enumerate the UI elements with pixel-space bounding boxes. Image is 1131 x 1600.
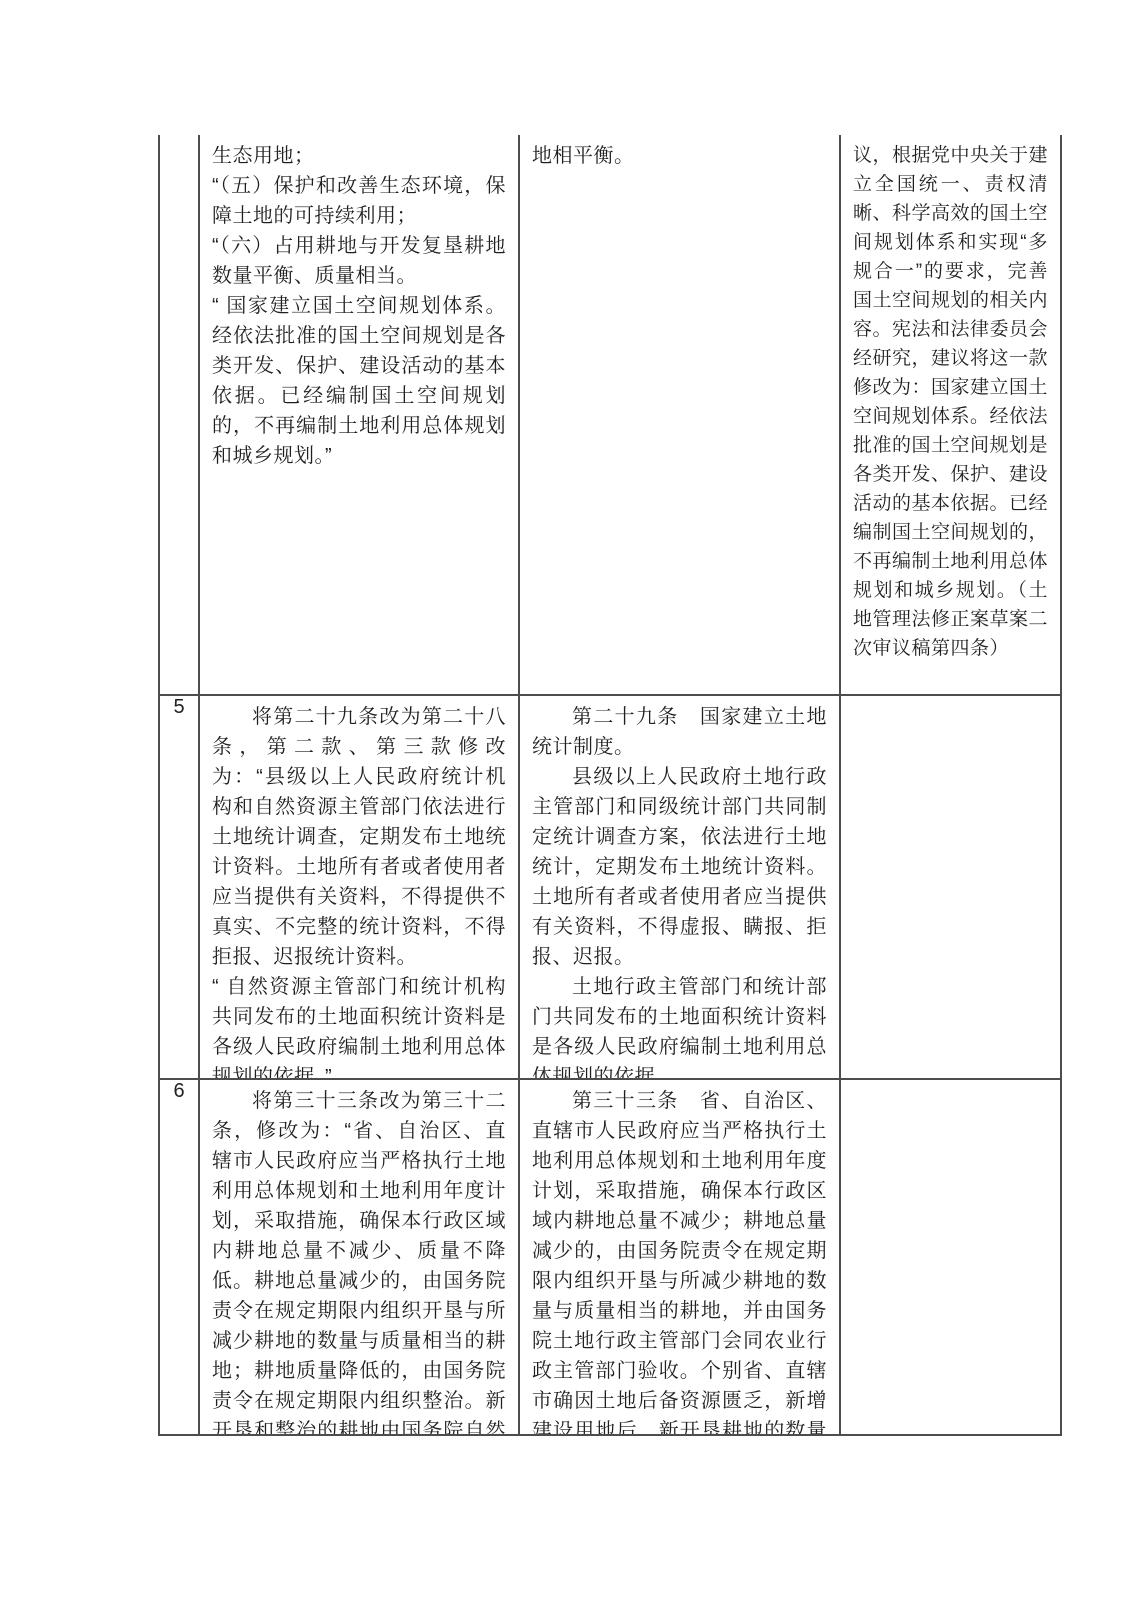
row-number-cell: 6 (159, 1079, 199, 1435)
opinion-cell (840, 695, 1061, 1079)
opinion-paragraph: 议，根据党中央关于建立全国统一、责权清晰、科学高效的国土空间规划体系和实现“多规… (853, 141, 1048, 663)
table-row-5: 5 将第二十九条改为第二十八条，第二款、第三款修改为：“县级以上人民政府统计机构… (159, 695, 1061, 1079)
amendment-paragraph: 将第二十九条改为第二十八条，第二款、第三款修改为：“县级以上人民政府统计机构和自… (212, 702, 506, 972)
amendment-paragraph: 将第三十三条改为第三十二条，修改为：“省、自治区、直辖市人民政府应当严格执行土地… (212, 1086, 506, 1434)
current-law-paragraph: 第三十三条 省、自治区、直辖市人民政府应当严格执行土地利用总体规划和土地利用年度… (532, 1086, 827, 1434)
current-law-cell: 第三十三条 省、自治区、直辖市人民政府应当严格执行土地利用总体规划和土地利用年度… (519, 1079, 840, 1435)
current-law-paragraph: 地相平衡。 (532, 141, 827, 171)
opinion-cell: 议，根据党中央关于建立全国统一、责权清晰、科学高效的国土空间规划体系和实现“多规… (840, 135, 1061, 695)
document-page: 生态用地； “（五）保护和改善生态环境，保障土地的可持续利用； “（六）占用耕地… (0, 0, 1131, 1600)
row-number-cell: 5 (159, 695, 199, 1079)
amendment-paragraph: “（五）保护和改善生态环境，保障土地的可持续利用； (212, 171, 506, 231)
row-number: 5 (173, 696, 184, 718)
current-law-cell: 地相平衡。 (519, 135, 840, 695)
amendment-paragraph: “（六）占用耕地与开发复垦耕地数量平衡、质量相当。 (212, 231, 506, 291)
amendment-cell: 将第二十九条改为第二十八条，第二款、第三款修改为：“县级以上人民政府统计机构和自… (199, 695, 519, 1079)
opinion-cell (840, 1079, 1061, 1435)
current-law-paragraph: 土地行政主管部门和统计部门共同发布的土地面积统计资料是各级人民政府编制土地利用总… (532, 972, 827, 1078)
law-comparison-table: 生态用地； “（五）保护和改善生态环境，保障土地的可持续利用； “（六）占用耕地… (158, 135, 1062, 1436)
table-row-continued: 生态用地； “（五）保护和改善生态环境，保障土地的可持续利用； “（六）占用耕地… (159, 135, 1061, 695)
current-law-cell: 第二十九条 国家建立土地统计制度。 县级以上人民政府土地行政主管部门和同级统计部… (519, 695, 840, 1079)
current-law-paragraph: 第二十九条 国家建立土地统计制度。 (532, 702, 827, 762)
current-law-paragraph: 县级以上人民政府土地行政主管部门和同级统计部门共同制定统计调查方案，依法进行土地… (532, 762, 827, 972)
amendment-cell: 将第三十三条改为第三十二条，修改为：“省、自治区、直辖市人民政府应当严格执行土地… (199, 1079, 519, 1435)
amendment-paragraph: 生态用地； (212, 141, 506, 171)
table-row-6: 6 将第三十三条改为第三十二条，修改为：“省、自治区、直辖市人民政府应当严格执行… (159, 1079, 1061, 1435)
row-number: 6 (173, 1080, 184, 1102)
amendment-cell: 生态用地； “（五）保护和改善生态环境，保障土地的可持续利用； “（六）占用耕地… (199, 135, 519, 695)
amendment-paragraph: “ 国家建立国土空间规划体系。经依法批准的国土空间规划是各类开发、保护、建设活动… (212, 291, 506, 471)
row-number-cell (159, 135, 199, 695)
amendment-paragraph: “ 自然资源主管部门和统计机构共同发布的土地面积统计资料是各级人民政府编制土地利… (212, 972, 506, 1078)
